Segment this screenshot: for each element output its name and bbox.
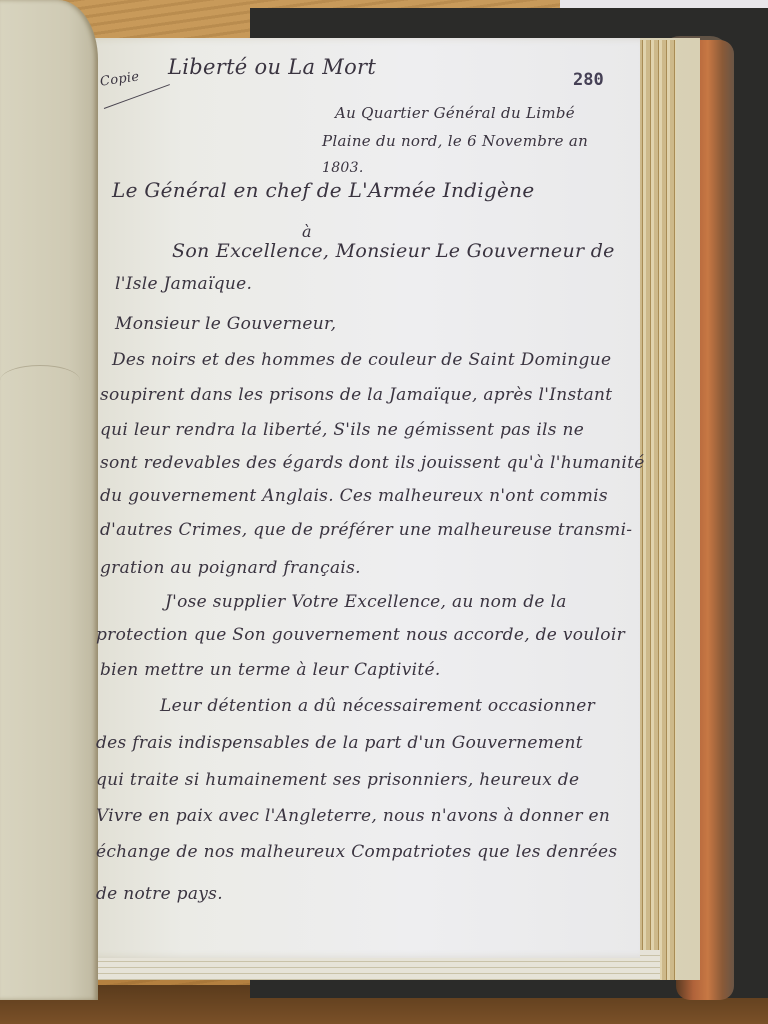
body-line: protection que Son gouvernement nous acc… xyxy=(96,625,625,645)
sender: Le Général en chef de L'Armée Indigène xyxy=(112,178,535,202)
body-line: Leur détention a dû nécessairement occas… xyxy=(160,696,595,716)
body-line: gration au poignard français. xyxy=(100,558,361,578)
page-number: 280 xyxy=(573,70,604,90)
body-line: qui traite si humainement ses prisonnier… xyxy=(96,770,579,790)
body-line: Des noirs et des hommes de couleur de Sa… xyxy=(112,350,611,370)
recipient-line-2: l'Isle Jamaïque. xyxy=(115,274,252,294)
body-line: Vivre en paix avec l'Angleterre, nous n'… xyxy=(96,806,610,826)
body-line: sont redevables des égards dont ils joui… xyxy=(100,453,645,473)
body-line: échange de nos malheureux Compatriotes q… xyxy=(96,842,617,862)
dateline-2: Plaine du nord, le 6 Novembre an xyxy=(322,132,588,150)
body-line: soupirent dans les prisons de la Jamaïqu… xyxy=(100,385,612,405)
page-crease xyxy=(0,365,80,396)
dateline-1: Au Quartier Général du Limbé xyxy=(335,104,575,122)
body-line: des frais indispensables de la part d'un… xyxy=(96,733,583,753)
motto: Liberté ou La Mort xyxy=(168,55,376,79)
salutation: Monsieur le Gouverneur, xyxy=(115,314,336,334)
body-line: qui leur rendra la liberté, S'ils ne gém… xyxy=(100,420,584,440)
recipient-line-1: Son Excellence, Monsieur Le Gouverneur d… xyxy=(172,240,615,262)
photo-scene: Copie Liberté ou La Mort 280 Au Quartier… xyxy=(0,0,768,1024)
body-line: J'ose supplier Votre Excellence, au nom … xyxy=(165,592,567,612)
body-line: de notre pays. xyxy=(96,884,223,904)
body-line: du gouvernement Anglais. Ces malheureux … xyxy=(100,486,608,506)
body-line: bien mettre un terme à leur Captivité. xyxy=(100,660,441,680)
left-facing-page xyxy=(0,0,98,1000)
page-fore-edge xyxy=(638,40,676,980)
body-line: d'autres Crimes, que de préférer une mal… xyxy=(100,520,632,540)
dateline-year: 1803. xyxy=(322,160,364,176)
address-to: à xyxy=(302,222,312,241)
